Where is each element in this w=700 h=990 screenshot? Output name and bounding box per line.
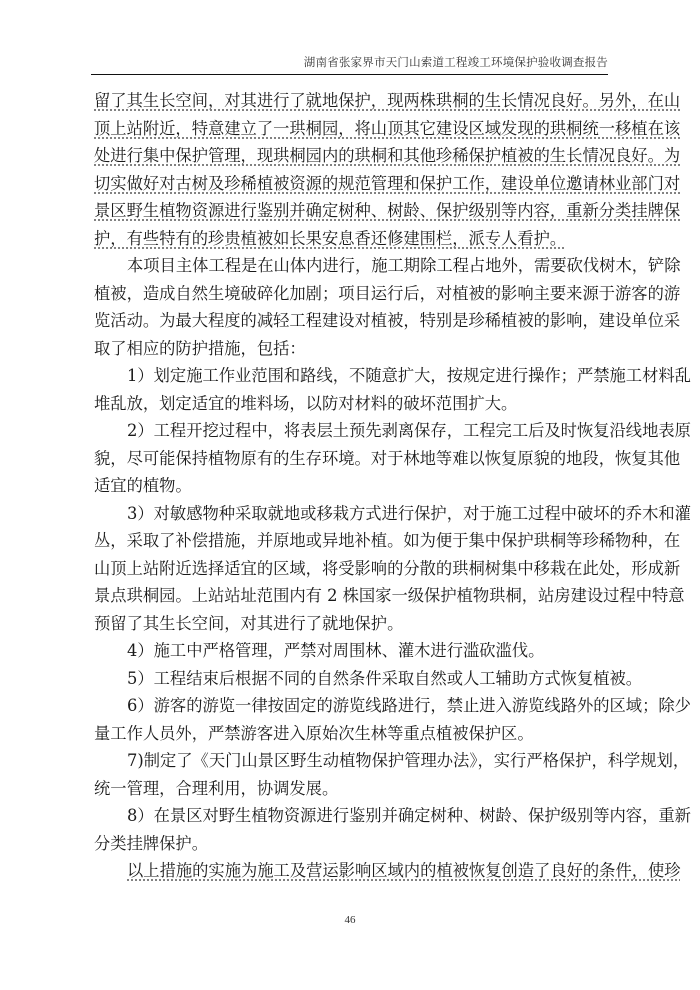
header-title: 湖南省张家界市天门山索道工程竣工环境保护验收调查报告 [304,55,608,69]
page-number: 46 [0,914,700,926]
underlined-text: 顶上站附近，特意建立了一珙桐园，将山顶其它建设区域发现的珙桐统一移植在该 [94,119,680,138]
underlined-text: 切实做好对古树及珍稀植被资源的规范管理和保护工作，建设单位邀请林业部门对 [94,174,680,193]
underlined-text: 留了其生长空间，对其进行了就地保护，现两株珙桐的生长情况良好。另外，在山 [94,91,680,110]
text-line: 貌，尽可能保持植物原有的生存环境。对于林地等难以恢复原貌的地段，恢复其他 [94,445,608,473]
line-text: 统一管理，合理利用，协调发展。 [94,779,338,798]
line-text: 3）对敏感物种采取就地或移栽方式进行保护，对于施工过程中破坏的乔木和灌 [127,504,691,523]
line-text: 适宜的植物。 [94,476,192,495]
text-line: 山顶上站附近选择适宜的区域，将受影响的分散的珙桐树集中移栽在此处，形成新 [94,555,608,583]
text-line: 景点珙桐园。上站站址范围内有 2 株国家一级保护植物珙桐，站房建设过程中特意 [94,582,608,610]
line-text: 量工作人员外，严禁游客进入原始次生林等重点植被保护区。 [94,724,534,743]
line-text: 2）工程开挖过程中，将表层土预先剥离保存，工程完工后及时恢复沿线地表原 [127,421,691,440]
underlined-text: 景区野生植物资源进行鉴别并确定树种、树龄、保护级别等内容，重新分类挂牌保 [94,201,680,220]
text-line: 丛，采取了补偿措施，并原地或异地补植。如为便于集中保护珙桐等珍稀物种，在 [94,527,608,555]
line-text: 6）游客的游览一律按固定的游览线路进行，禁止进入游览线路外的区域；除少 [127,696,691,715]
line-text: 貌，尽可能保持植物原有的生存环境。对于林地等难以恢复原貌的地段，恢复其他 [94,449,680,468]
body-text: 留了其生长空间，对其进行了就地保护，现两株珙桐的生长情况良好。另外，在山顶上站附… [94,87,608,885]
line-text: 览活动。为最大程度的减轻工程建设对植被，特别是珍稀植被的影响，建设单位采 [94,311,680,330]
text-line: 景区野生植物资源进行鉴别并确定树种、树龄、保护级别等内容，重新分类挂牌保 [94,197,608,225]
text-line: 适宜的植物。 [94,472,608,500]
text-line: 堆乱放，划定适宜的堆料场，以防对材料的破坏范围扩大。 [94,390,608,418]
text-line: 1）划定施工作业范围和路线，不随意扩大，按规定进行操作；严禁施工材料乱 [94,362,608,390]
text-line: 切实做好对古树及珍稀植被资源的规范管理和保护工作，建设单位邀请林业部门对 [94,170,608,198]
line-text: 山顶上站附近选择适宜的区域，将受影响的分散的珙桐树集中移栽在此处，形成新 [94,559,680,578]
line-text: 景点珙桐园。上站站址范围内有 2 株国家一级保护植物珙桐，站房建设过程中特意 [94,586,685,605]
text-line: 处进行集中保护管理，现珙桐园内的珙桐和其他珍稀保护植被的生长情况良好。为 [94,142,608,170]
text-line: 2）工程开挖过程中，将表层土预先剥离保存，工程完工后及时恢复沿线地表原 [94,417,608,445]
text-line: 以上措施的实施为施工及营运影响区域内的植被恢复创造了良好的条件，使珍 [94,857,608,885]
text-line: 预留了其生长空间，对其进行了就地保护。 [94,610,608,638]
underlined-text: 处进行集中保护管理，现珙桐园内的珙桐和其他珍稀保护植被的生长情况良好。为 [94,146,680,165]
text-line: 6）游客的游览一律按固定的游览线路进行，禁止进入游览线路外的区域；除少 [94,692,608,720]
line-text: 1）划定施工作业范围和路线，不随意扩大，按规定进行操作；严禁施工材料乱 [127,366,691,385]
text-line: 留了其生长空间，对其进行了就地保护，现两株珙桐的生长情况良好。另外，在山 [94,87,608,115]
text-line: 分类挂牌保护。 [94,830,608,858]
line-text: 分类挂牌保护。 [94,834,208,853]
underlined-text: 以上措施的实施为施工及营运影响区域内的植被恢复创造了良好的条件，使珍 [127,861,681,880]
line-text: 本项目主体工程是在山体内进行，施工期除工程占地外，需要砍伐树木，铲除 [127,256,681,275]
text-line: 量工作人员外，严禁游客进入原始次生林等重点植被保护区。 [94,720,608,748]
text-line: 览活动。为最大程度的减轻工程建设对植被，特别是珍稀植被的影响，建设单位采 [94,307,608,335]
text-line: 取了相应的防护措施，包括： [94,335,608,363]
underlined-text: 护，有些特有的珍贵植被如长果安息香还修建围栏，派专人看护。 [94,229,566,248]
text-line: 护，有些特有的珍贵植被如长果安息香还修建围栏，派专人看护。 [94,225,608,253]
line-text: 植被，造成自然生境破碎化加剧；项目运行后，对植被的影响主要来源于游客的游 [94,284,680,303]
line-text: 8）在景区对野生植物资源进行鉴别并确定树种、树龄、保护级别等内容，重新 [127,806,691,825]
line-text: 4）施工中严格管理，严禁对周围林、灌木进行滥砍滥伐。 [127,641,544,660]
line-text: 丛，采取了补偿措施，并原地或异地补植。如为便于集中保护珙桐等珍稀物种，在 [94,531,680,550]
text-line: 本项目主体工程是在山体内进行，施工期除工程占地外，需要砍伐树木，铲除 [94,252,608,280]
line-text: 堆乱放，划定适宜的堆料场，以防对材料的破坏范围扩大。 [94,394,517,413]
text-line: 4）施工中严格管理，严禁对周围林、灌木进行滥砍滥伐。 [94,637,608,665]
text-line: 统一管理，合理利用，协调发展。 [94,775,608,803]
line-text: 5）工程结束后根据不同的自然条件采取自然或人工辅助方式恢复植被。 [127,669,642,688]
text-line: 7)制定了《天门山景区野生动植物保护管理办法》，实行严格保护，科学规划， [94,747,608,775]
line-text: 7)制定了《天门山景区野生动植物保护管理办法》，实行严格保护，科学规划， [127,751,689,770]
running-header: 湖南省张家界市天门山索道工程竣工环境保护验收调查报告 [91,52,608,75]
text-line: 植被，造成自然生境破碎化加剧；项目运行后，对植被的影响主要来源于游客的游 [94,280,608,308]
text-line: 8）在景区对野生植物资源进行鉴别并确定树种、树龄、保护级别等内容，重新 [94,802,608,830]
line-text: 取了相应的防护措施，包括： [94,339,306,358]
text-line: 5）工程结束后根据不同的自然条件采取自然或人工辅助方式恢复植被。 [94,665,608,693]
line-text: 预留了其生长空间，对其进行了就地保护。 [94,614,403,633]
text-line: 3）对敏感物种采取就地或移栽方式进行保护，对于施工过程中破坏的乔木和灌 [94,500,608,528]
text-line: 顶上站附近，特意建立了一珙桐园，将山顶其它建设区域发现的珙桐统一移植在该 [94,115,608,143]
